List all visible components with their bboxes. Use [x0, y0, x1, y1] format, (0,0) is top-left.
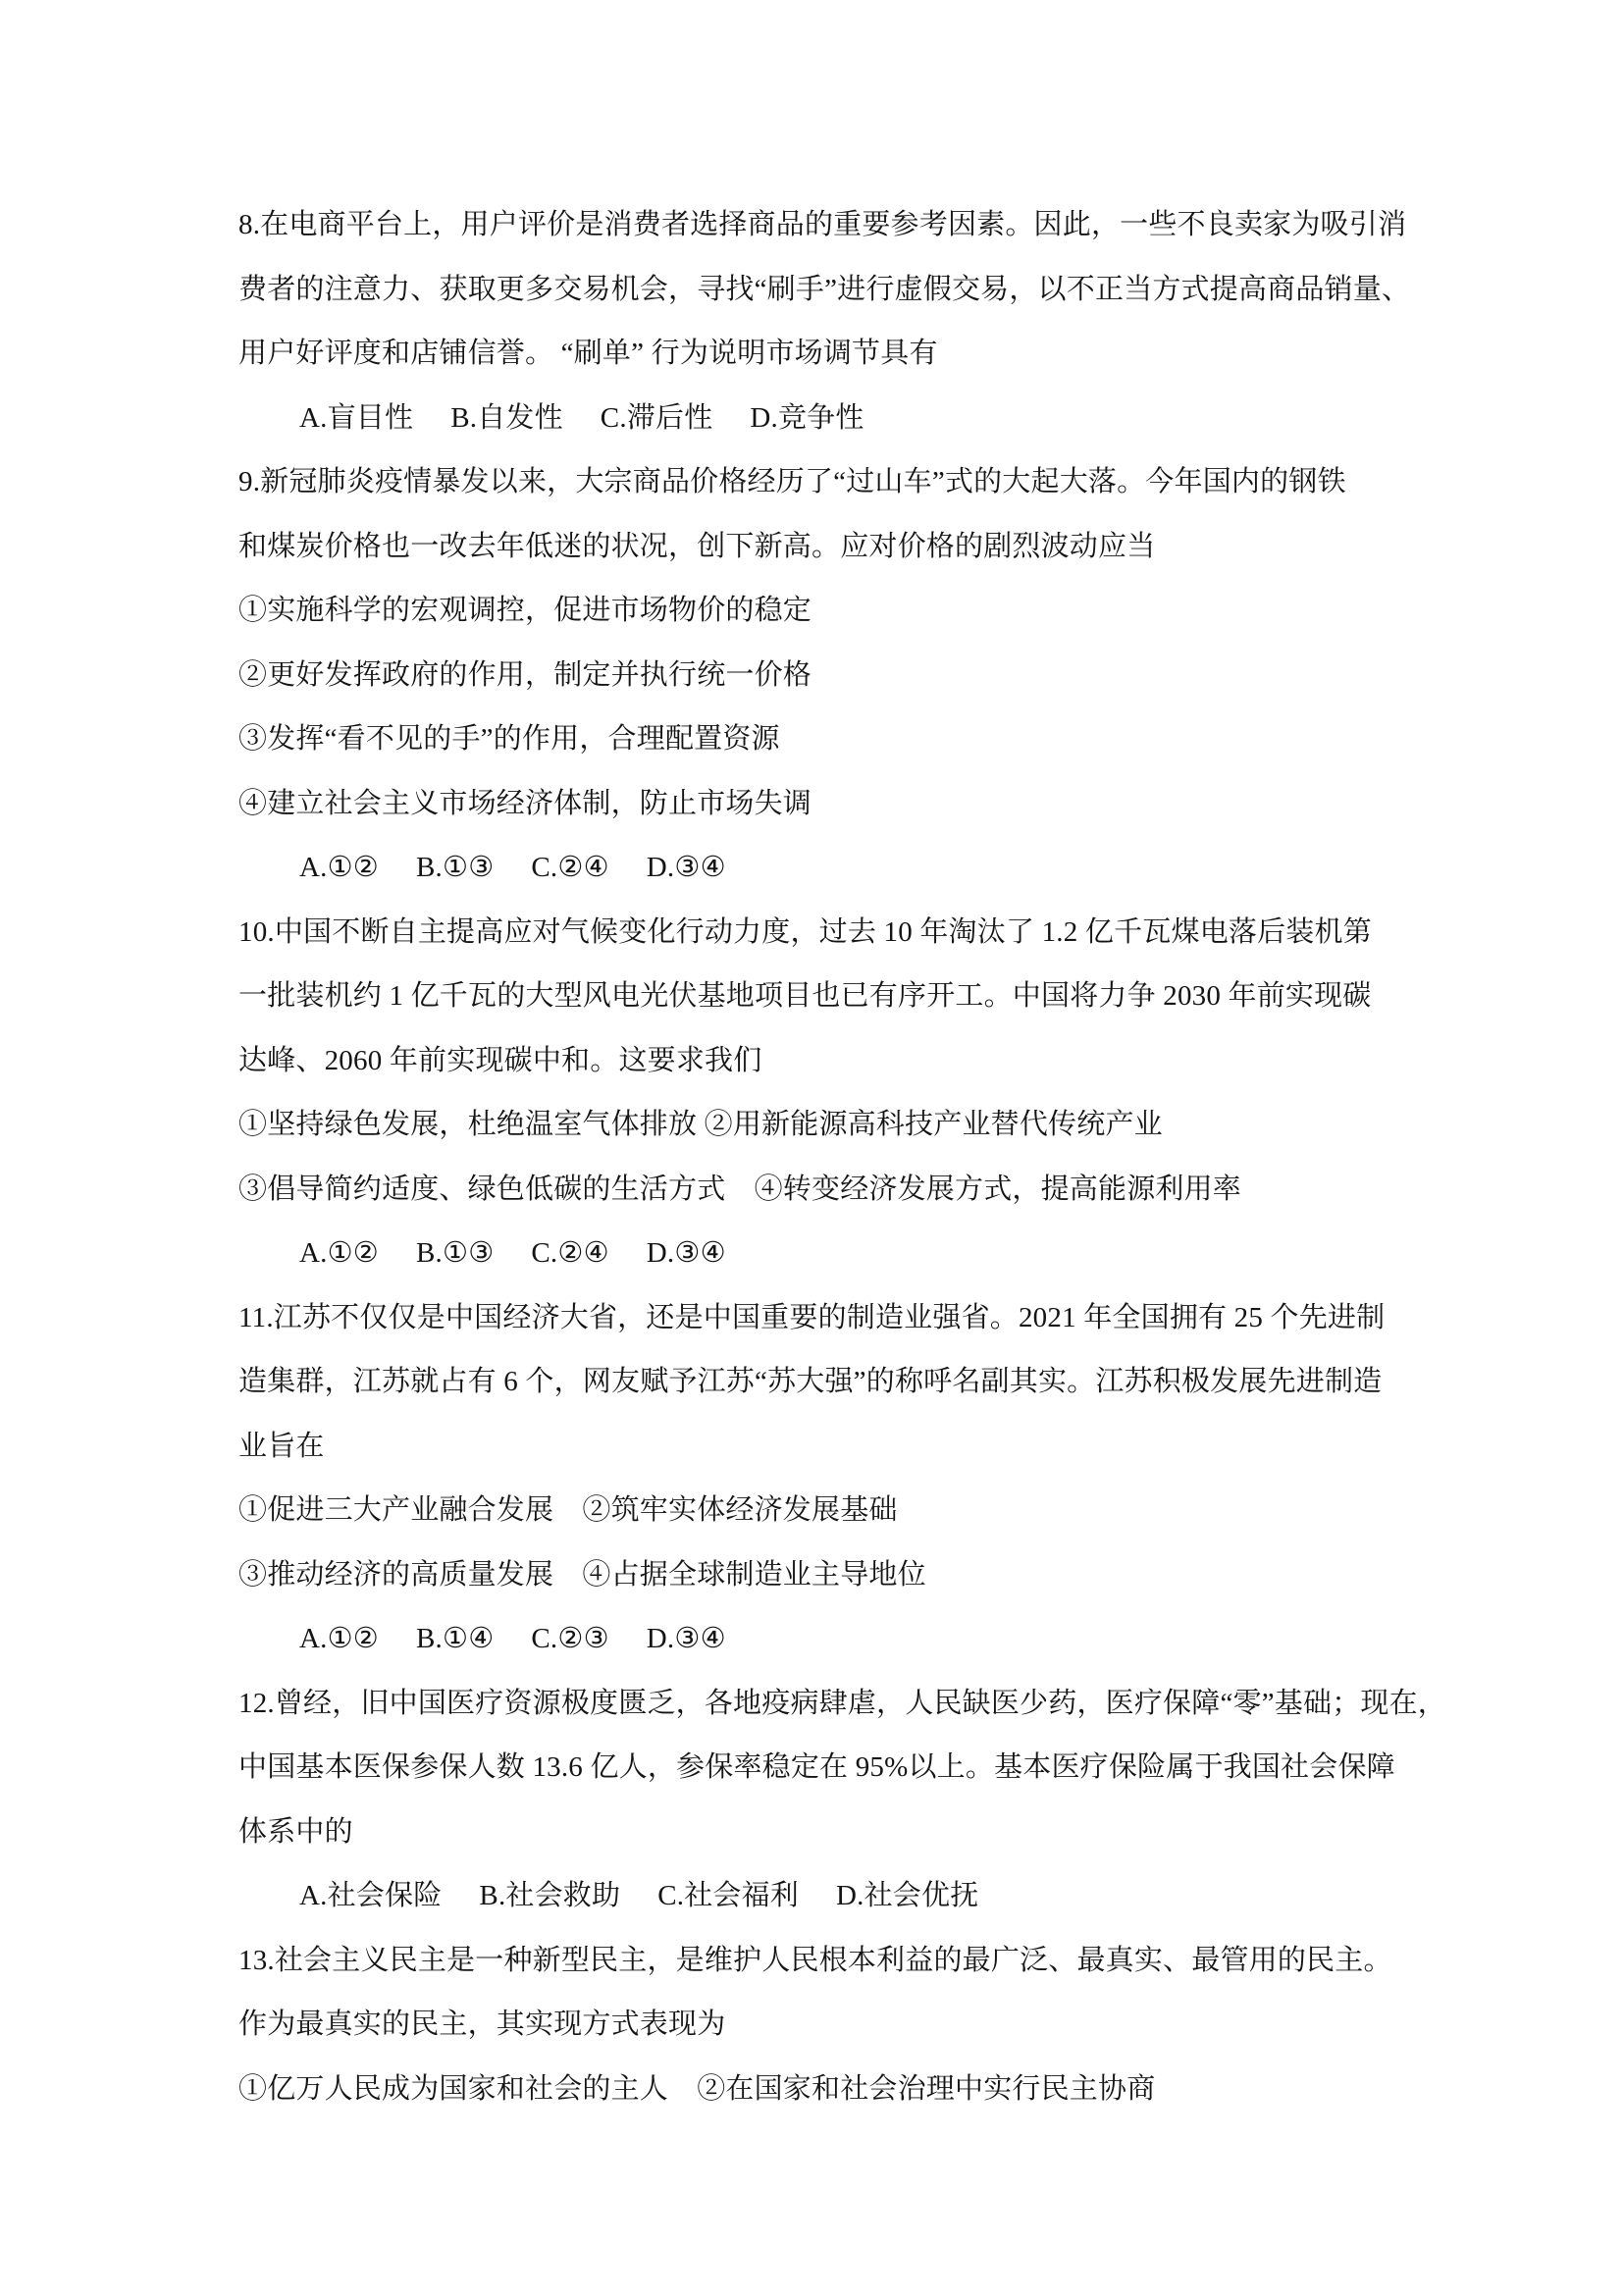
question-item-line: ①坚持绿色发展，杜绝温室气体排放 ②用新能源高科技产业替代传统产业 — [238, 1093, 1485, 1158]
question-item-line: ②更好发挥政府的作用，制定并执行统一价格 — [238, 644, 1485, 708]
question-block-9: 9.新冠肺炎疫情暴发以来，大宗商品价格经历了“过山车”式的大起大落。今年国内的钢… — [238, 450, 1485, 901]
question-stem-line: 10.中国不断自主提高应对气候变化行动力度，过去 10 年淘汰了 1.2 亿千瓦… — [238, 901, 1485, 965]
option-label: C.②④ — [531, 836, 608, 901]
question-item-line: ③倡导简约适度、绿色低碳的生活方式 ④转变经济发展方式，提高能源利用率 — [238, 1158, 1485, 1223]
question-stem-line: 8.在电商平台上，用户评价是消费者选择商品的重要参考因素。因此，一些不良卖家为吸… — [238, 193, 1485, 258]
option-label: D.③④ — [647, 1607, 726, 1672]
question-item-line: ④建立社会主义市场经济体制，防止市场失调 — [238, 772, 1485, 837]
question-item-line: ①促进三大产业融合发展 ②筑牢实体经济发展基础 — [238, 1479, 1485, 1543]
question-stem-line: 作为最真实的民主，其实现方式表现为 — [238, 1993, 1485, 2058]
option-label: C.滞后性 — [601, 387, 713, 451]
option-label: A.①② — [299, 1607, 379, 1672]
question-block-11: 11.江苏不仅仅是中国经济大省，还是中国重要的制造业强省。2021 年全国拥有 … — [238, 1286, 1485, 1672]
question-stem-line: 造集群，江苏就占有 6 个，网友赋予江苏“苏大强”的称呼名副其实。江苏积极发展先… — [238, 1350, 1485, 1415]
questions-list: 8.在电商平台上，用户评价是消费者选择商品的重要参考因素。因此，一些不良卖家为吸… — [238, 193, 1485, 2121]
option-label: C.②③ — [531, 1607, 608, 1672]
question-block-13: 13.社会主义民主是一种新型民主，是维护人民根本利益的最广泛、最真实、最管用的民… — [238, 1929, 1485, 2122]
question-stem-line: 12.曾经，旧中国医疗资源极度匮乏，各地疫病肆虐，人民缺医少药，医疗保障“零”基… — [238, 1672, 1485, 1737]
question-block-8: 8.在电商平台上，用户评价是消费者选择商品的重要参考因素。因此，一些不良卖家为吸… — [238, 193, 1485, 450]
question-item-line: ①亿万人民成为国家和社会的主人 ②在国家和社会治理中实行民主协商 — [238, 2058, 1485, 2122]
option-label: D.③④ — [647, 1222, 726, 1286]
question-item-line: ①实施科学的宏观调控，促进市场物价的稳定 — [238, 579, 1485, 644]
option-label: C.②④ — [531, 1222, 608, 1286]
question-item-line: ③推动经济的高质量发展 ④占据全球制造业主导地位 — [238, 1543, 1485, 1608]
question-stem-line: 一批装机约 1 亿千瓦的大型风电光伏基地项目也已有序开工。中国将力争 2030 … — [238, 965, 1485, 1029]
question-block-10: 10.中国不断自主提高应对气候变化行动力度，过去 10 年淘汰了 1.2 亿千瓦… — [238, 901, 1485, 1286]
options-row: A.①②B.①③C.②④D.③④ — [238, 1222, 1485, 1286]
question-stem-line: 11.江苏不仅仅是中国经济大省，还是中国重要的制造业强省。2021 年全国拥有 … — [238, 1286, 1485, 1351]
question-stem-line: 中国基本医保参保人数 13.6 亿人，参保率稳定在 95%以上。基本医疗保险属于… — [238, 1736, 1485, 1800]
option-label: A.①② — [299, 836, 379, 901]
question-stem-line: 13.社会主义民主是一种新型民主，是维护人民根本利益的最广泛、最真实、最管用的民… — [238, 1929, 1485, 1994]
options-row: A.①②B.①④C.②③D.③④ — [238, 1607, 1485, 1672]
options-row: A.①②B.①③C.②④D.③④ — [238, 836, 1485, 901]
question-block-12: 12.曾经，旧中国医疗资源极度匮乏，各地疫病肆虐，人民缺医少药，医疗保障“零”基… — [238, 1672, 1485, 1929]
option-label: B.①④ — [416, 1607, 494, 1672]
question-stem-line: 9.新冠肺炎疫情暴发以来，大宗商品价格经历了“过山车”式的大起大落。今年国内的钢… — [238, 450, 1485, 515]
option-label: B.自发性 — [450, 387, 563, 451]
question-stem-line: 达峰、2060 年前实现碳中和。这要求我们 — [238, 1029, 1485, 1094]
question-stem-line: 业旨在 — [238, 1415, 1485, 1480]
option-label: B.①③ — [416, 1222, 494, 1286]
options-row: A.盲目性B.自发性C.滞后性D.竞争性 — [238, 387, 1485, 451]
question-stem-line: 和煤炭价格也一改去年低迷的状况，创下新高。应对价格的剧烈波动应当 — [238, 515, 1485, 580]
question-stem-line: 用户好评度和店铺信誉。 “刷单” 行为说明市场调节具有 — [238, 322, 1485, 387]
option-label: D.社会优抚 — [836, 1864, 978, 1929]
question-item-line: ③发挥“看不见的手”的作用，合理配置资源 — [238, 707, 1485, 772]
option-label: D.竞争性 — [750, 387, 864, 451]
question-stem-line: 体系中的 — [238, 1800, 1485, 1865]
option-label: B.社会救助 — [479, 1864, 620, 1929]
option-label: A.①② — [299, 1222, 379, 1286]
options-row: A.社会保险B.社会救助C.社会福利D.社会优抚 — [238, 1864, 1485, 1929]
option-label: A.盲目性 — [299, 387, 413, 451]
option-label: C.社会福利 — [657, 1864, 799, 1929]
question-stem-line: 费者的注意力、获取更多交易机会，寻找“刷手”进行虚假交易，以不正当方式提高商品销… — [238, 258, 1485, 323]
option-label: D.③④ — [647, 836, 726, 901]
option-label: B.①③ — [416, 836, 494, 901]
exam-document-page: 8.在电商平台上，用户评价是消费者选择商品的重要参考因素。因此，一些不良卖家为吸… — [0, 0, 1623, 2296]
option-label: A.社会保险 — [299, 1864, 442, 1929]
